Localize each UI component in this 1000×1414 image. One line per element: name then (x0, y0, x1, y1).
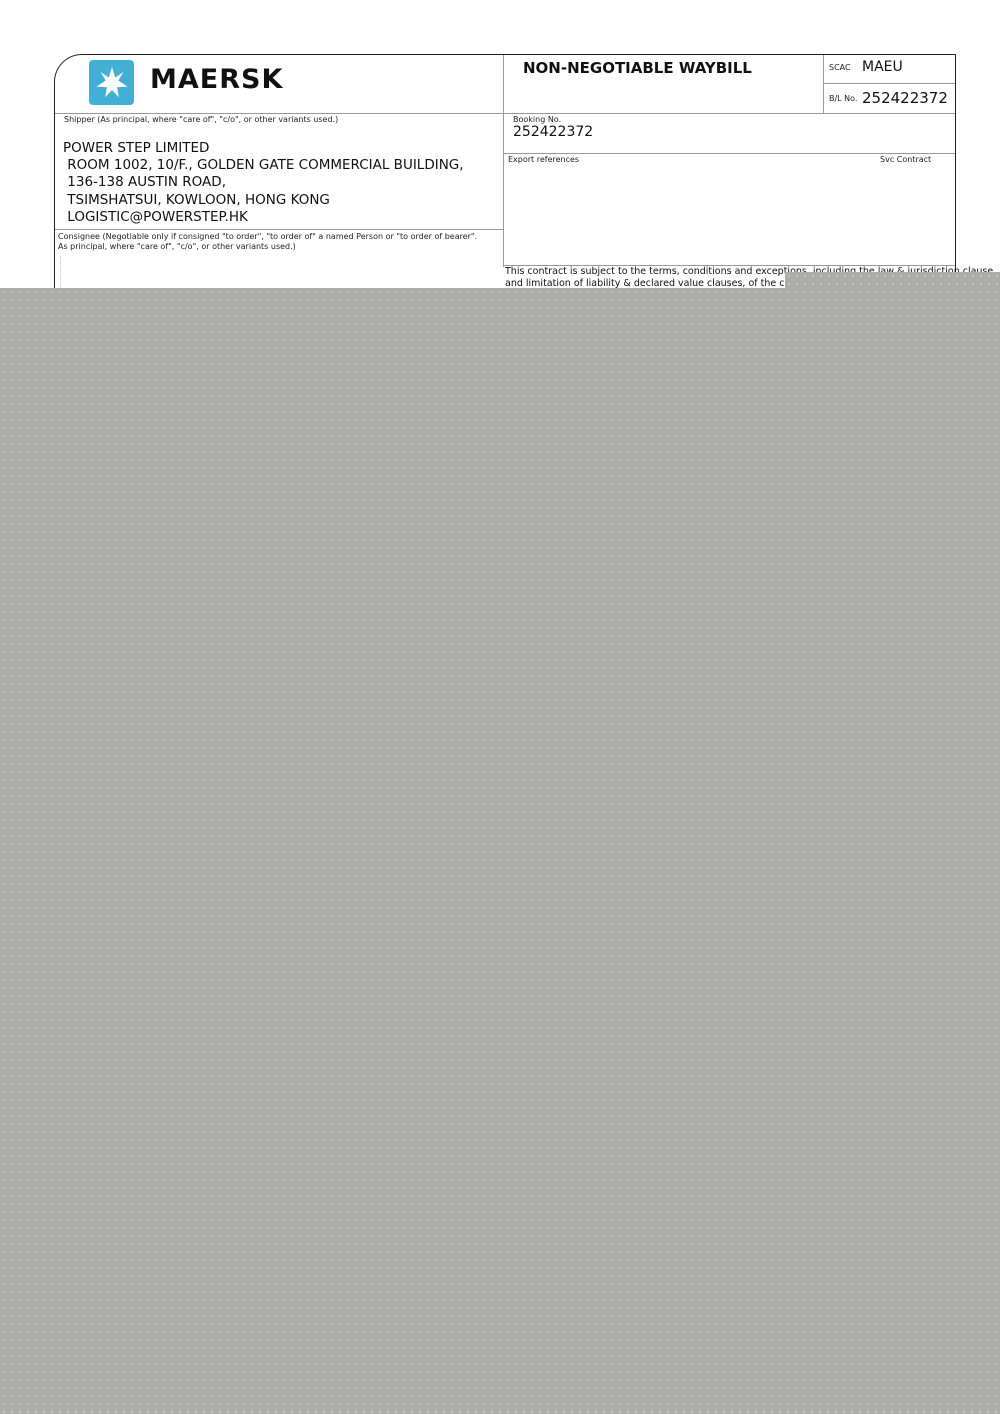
consignee-field (60, 256, 61, 288)
shipper-address-line: LOGISTIC@POWERSTEP.HK (63, 209, 464, 226)
scac-value: MAEU (862, 59, 903, 75)
scac-divider (823, 55, 824, 113)
shipper-address-line: 136-138 AUSTIN ROAD, (63, 174, 464, 191)
seven-point-star-icon (95, 66, 129, 100)
booking-label: Booking No. (513, 115, 561, 124)
scac-label: SCAC (829, 63, 851, 72)
bl-label: B/L No. (829, 94, 857, 103)
scac-bl-divider (824, 83, 955, 84)
shipper-address: POWER STEP LIMITED ROOM 1002, 10/F., GOL… (63, 140, 464, 226)
header-divider (55, 113, 955, 114)
document-title: NON-NEGOTIABLE WAYBILL (523, 59, 752, 77)
maersk-logo (89, 60, 134, 105)
redaction-overlay (0, 288, 1000, 1414)
export-references-label: Export references (508, 155, 579, 164)
shipper-label: Shipper (As principal, where "care of", … (64, 115, 338, 124)
svc-contract-label: Svc Contract (880, 155, 931, 164)
shipper-divider (55, 229, 503, 230)
bl-number: 252422372 (862, 89, 948, 107)
consignee-label: Consignee (Negotiable only if consigned … (58, 232, 477, 241)
booking-divider (504, 153, 955, 154)
brand-name: MAERSK (150, 64, 283, 95)
center-divider (503, 55, 504, 267)
shipper-address-line: POWER STEP LIMITED (63, 140, 464, 157)
shipper-address-line: TSIMSHATSUI, KOWLOON, HONG KONG (63, 192, 464, 209)
shipper-address-line: ROOM 1002, 10/F., GOLDEN GATE COMMERCIAL… (63, 157, 464, 174)
consignee-label-2: As principal, where "care of", "c/o", or… (58, 242, 296, 251)
booking-number: 252422372 (513, 124, 593, 140)
